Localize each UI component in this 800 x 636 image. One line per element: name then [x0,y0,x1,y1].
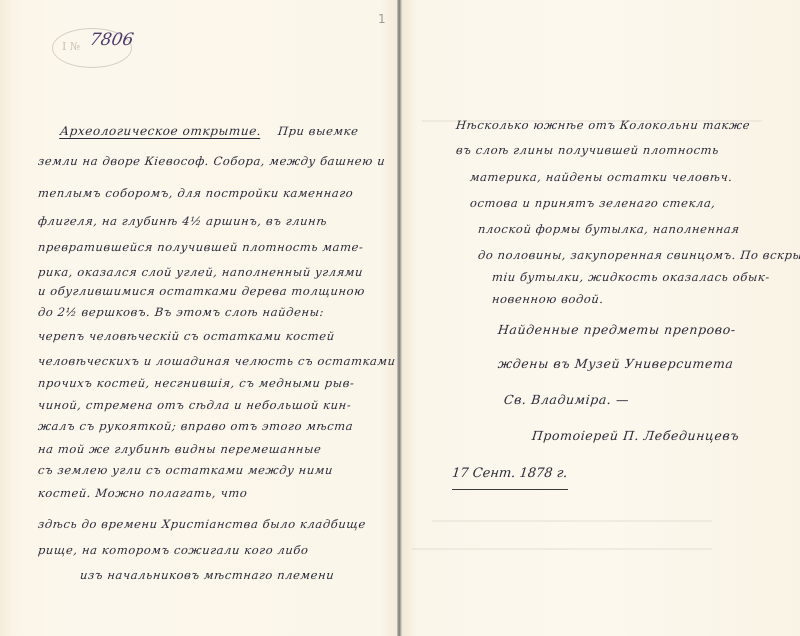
left-line: на той же глубинѣ видны перемешанные [37,442,322,456]
right-line: плоской формы бутылка, наполненная [477,222,740,236]
right-line: Св. Владимiра. — [503,392,630,407]
right-line: въ слоѣ глины получившей плотность [455,143,720,157]
left-line: флигеля, на глубинѣ 4½ аршинъ, въ глинѣ [37,214,328,228]
left-line: съ землею угли съ остатками между ними [37,463,333,477]
document-heading: Археологическое открытие. [59,124,262,139]
left-line: изъ начальниковъ мѣстнаго племени [79,568,335,582]
left-line: человѣческихъ и лошадиная челюсть съ ост… [37,354,396,368]
stamp-text: I № [62,40,80,53]
right-page: Нѣсколько южнѣе отъ Колокольни также въ … [402,0,800,636]
left-line: земли на дворе Кiевософ. Собора, между б… [37,154,386,168]
left-line: и обуглившимися остатками дерева толщино… [37,284,365,298]
left-line: здѣсь до времени Христiанства было кладб… [37,517,366,531]
left-line: превратившейся получившей плотность мате… [37,240,364,254]
left-line-0-tail: При выемке [277,124,359,138]
right-line: ждены въ Музей Университета [497,356,734,371]
right-line: Найденные предметы препрово- [497,322,736,337]
right-line: остова и принятъ зеленаго стекла, [469,196,716,210]
left-line: рика, оказался слой углей, наполненный у… [37,265,364,279]
signature: Протоiерей П. Лебединцевъ [531,428,740,443]
right-line: новенною водой. [491,292,604,306]
left-line: черепъ человѣческiй съ остатками костей [37,329,335,343]
right-line: материка, найдены остатки человѣч. [469,170,733,184]
document-date: 17 Сент. 1878 г. [451,466,568,481]
left-page: I № 7806 1 Археологическое открытие. При… [0,0,398,636]
date-underline [452,489,568,490]
left-line: костей. Можно полагать, что [37,486,248,500]
inventory-number: 7806 [88,30,135,50]
left-line: теплымъ соборомъ, для постройки каменнаг… [37,186,354,200]
left-line: прочихъ костей, несгнившiя, съ медными р… [37,376,355,390]
bleed-through [432,520,712,522]
folio-number: 1 [378,12,386,26]
left-line: чиной, стремена отъ сѣдла и небольшой ки… [37,398,352,412]
heading-line: Археологическое открытие. [59,124,262,138]
left-line: до 2½ вершковъ. Въ этомъ слоѣ найдены: [37,305,325,319]
left-line: рище, на которомъ сожигали кого либо [37,543,309,557]
left-line: жалъ съ рукояткой; вправо отъ этого мѣст… [37,419,354,433]
bleed-through [412,548,712,550]
right-line: до половины, закупоренная свинцомъ. По в… [477,248,800,262]
right-line: тiи бутылки, жидкость оказалась обык- [491,270,770,284]
document-spread: I № 7806 1 Археологическое открытие. При… [0,0,800,636]
right-line: Нѣсколько южнѣе отъ Колокольни также [455,118,751,132]
